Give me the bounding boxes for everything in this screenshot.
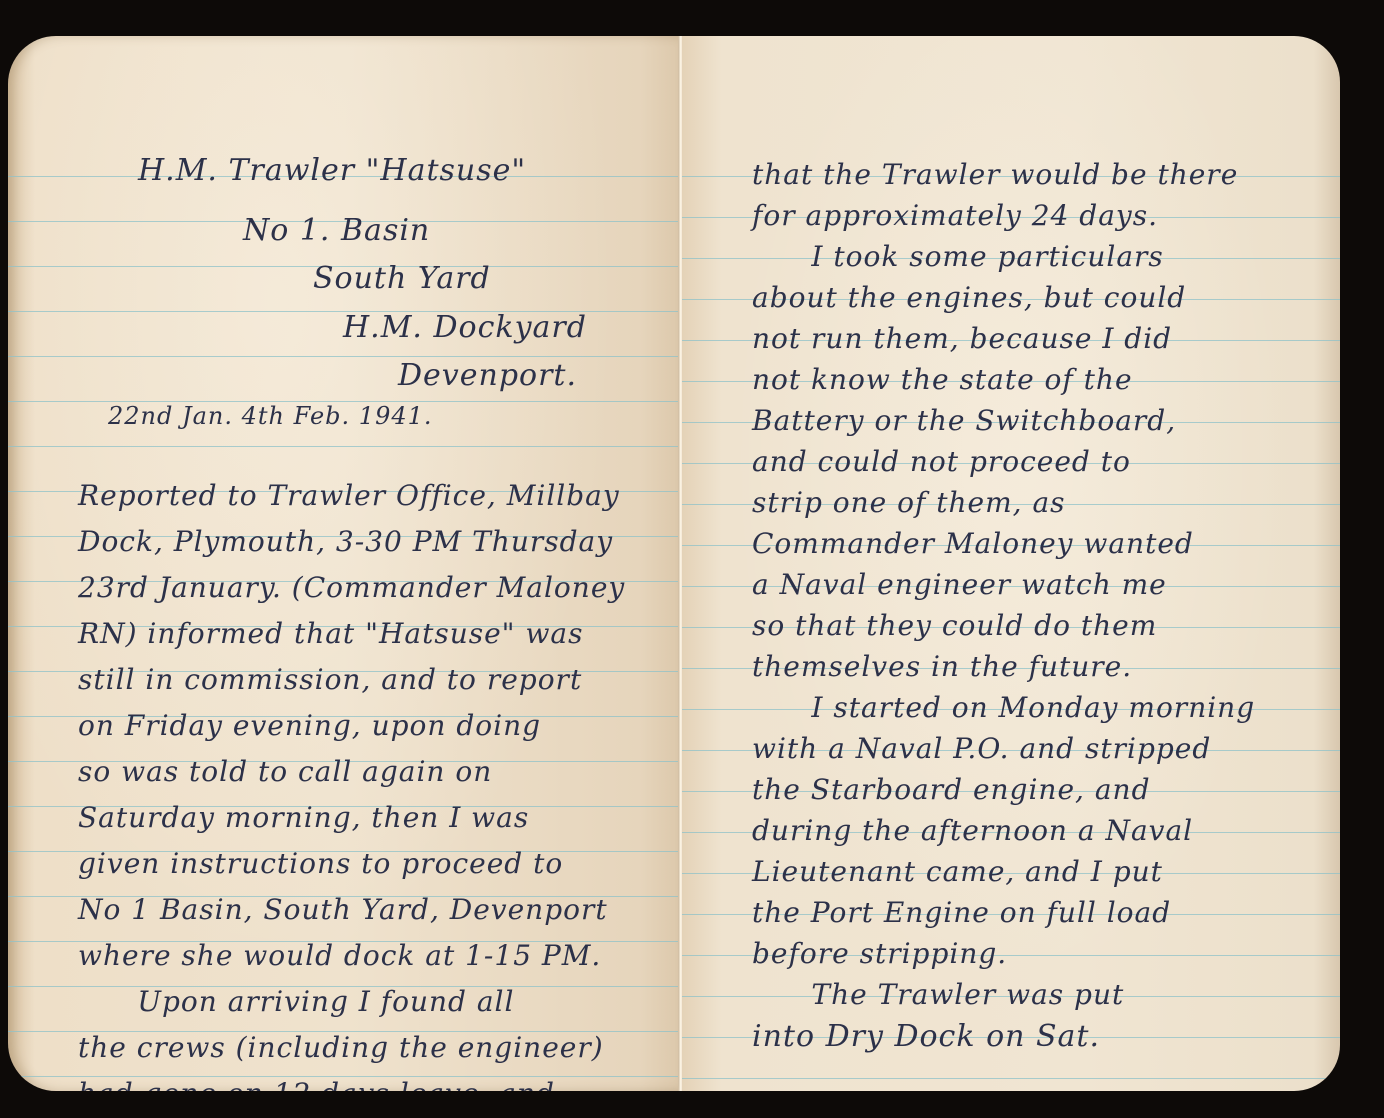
- body-line: I took some particulars: [752, 243, 1164, 271]
- body-line: Commander Maloney wanted: [752, 530, 1194, 558]
- body-line: 23rd January. (Commander Maloney: [78, 574, 625, 602]
- body-line: about the engines, but could: [752, 284, 1186, 312]
- left-page: H.M. Trawler "Hatsuse" No 1. Basin South…: [8, 36, 680, 1091]
- body-line: Saturday morning, then I was: [78, 804, 529, 832]
- open-notebook: H.M. Trawler "Hatsuse" No 1. Basin South…: [8, 36, 1340, 1091]
- header-basin: No 1. Basin: [243, 216, 430, 246]
- body-line: the Starboard engine, and: [752, 776, 1151, 804]
- body-line: during the afternoon a Naval: [752, 817, 1193, 845]
- body-line: given instructions to proceed to: [78, 850, 563, 878]
- ruled-line: [8, 446, 680, 447]
- body-line: Battery or the Switchboard,: [752, 407, 1176, 435]
- ruled-line: [8, 356, 680, 357]
- body-line: RN) informed that "Hatsuse" was: [78, 620, 583, 648]
- body-line: Lieutenant came, and I put: [752, 858, 1163, 886]
- body-line: The Trawler was put: [752, 981, 1124, 1009]
- body-line: not run them, because I did: [752, 325, 1172, 353]
- body-line: not know the state of the: [752, 366, 1133, 394]
- header-town: Devenport.: [398, 361, 577, 391]
- body-line: where she would dock at 1-15 PM.: [78, 942, 601, 970]
- body-line: and could not proceed to: [752, 448, 1131, 476]
- body-line: the Port Engine on full load: [752, 899, 1171, 927]
- ruled-line: [682, 1078, 1340, 1079]
- body-line: had gone on 12 days leave, and: [78, 1080, 555, 1091]
- header-yard: South Yard: [313, 264, 491, 294]
- body-line: No 1 Basin, South Yard, Devenport: [78, 896, 608, 924]
- body-line: so that they could do them: [752, 612, 1157, 640]
- body-line: for approximately 24 days.: [752, 202, 1158, 230]
- body-line: before stripping.: [752, 940, 1007, 968]
- body-line: Dock, Plymouth, 3-30 PM Thursday: [78, 528, 613, 556]
- body-line: into Dry Dock on Sat.: [752, 1022, 1100, 1052]
- date-range: 22nd Jan. 4th Feb. 1941.: [108, 404, 433, 428]
- header-vessel: H.M. Trawler "Hatsuse": [138, 156, 526, 186]
- body-line: with a Naval P.O. and stripped: [752, 735, 1211, 763]
- header-dockyard: H.M. Dockyard: [343, 313, 587, 343]
- body-line: a Naval engineer watch me: [752, 571, 1167, 599]
- body-line: I started on Monday morning: [752, 694, 1255, 722]
- body-line: strip one of them, as: [752, 489, 1066, 517]
- body-line: themselves in the future.: [752, 653, 1132, 681]
- body-line: that the Trawler would be there: [752, 161, 1238, 189]
- body-line: Reported to Trawler Office, Millbay: [78, 482, 620, 510]
- body-line: on Friday evening, upon doing: [78, 712, 541, 740]
- body-line: Upon arriving I found all: [78, 988, 514, 1016]
- body-line: the crews (including the engineer): [78, 1034, 604, 1062]
- body-line: so was told to call again on: [78, 758, 492, 786]
- right-page: that the Trawler would be there for appr…: [682, 36, 1340, 1091]
- body-line: still in commission, and to report: [78, 666, 582, 694]
